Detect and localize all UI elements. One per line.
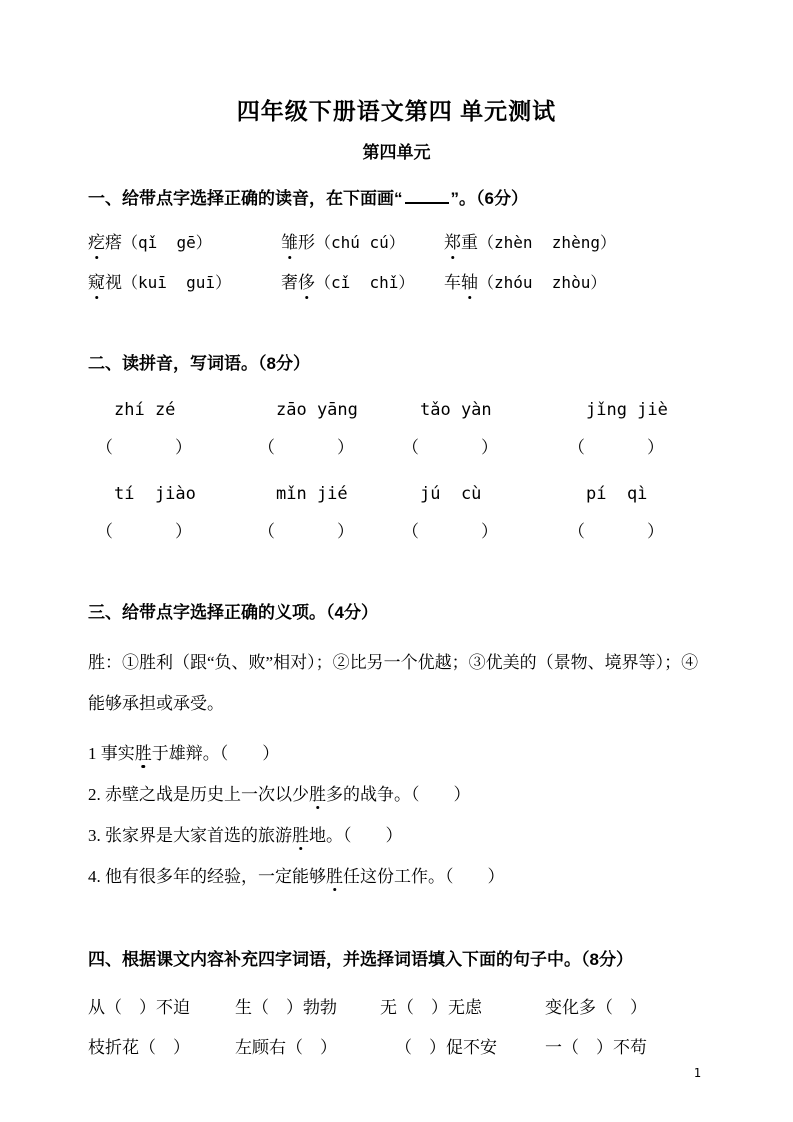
bracket-close: ） (337, 522, 354, 541)
answer-bracket: （） (258, 437, 402, 459)
phrase-blank-item: 无（ ）无虑 (380, 997, 545, 1019)
unit-subtitle: 第四单元 (88, 142, 705, 163)
answer-bracket: （） (258, 521, 402, 543)
phrase-blank-item: 枝折花（ ） (88, 1037, 235, 1059)
question-text: 2. 赤壁之战是历史上一次以少 (88, 785, 309, 804)
exam-title: 四年级下册语文第四 单元测试 (88, 96, 705, 126)
bracket-open: （ (568, 522, 585, 541)
pinyin-label: jú cù (402, 483, 568, 505)
bracket-open: （ (258, 438, 275, 457)
word-text: 车 (444, 273, 461, 292)
bracket-close: ） (481, 438, 498, 457)
section-2-row: tí jiào （） mǐn jié （） jú cù （） pí qì （） (88, 483, 705, 543)
pinyin-options: （zhèn zhèng） (478, 233, 616, 252)
section-1-heading: 一、给带点字选择正确的读音，在下面画“”。（6分） (88, 185, 705, 210)
dotted-character: 胜 (135, 743, 152, 765)
document-page: 四年级下册语文第四 单元测试 第四单元 一、给带点字选择正确的读音，在下面画“”… (0, 0, 793, 1122)
phrase-blank-item: （ ）促不安 (395, 1037, 545, 1059)
word-pinyin-item: 车轴（zhóu zhòu） (444, 270, 705, 296)
underline-blank (405, 185, 449, 204)
phrase-blank-item: 从（ ）不迫 (88, 997, 235, 1019)
bracket-open: （ (402, 522, 419, 541)
phrase-row: 从（ ）不迫 生（ ）勃勃 无（ ）无虑 变化多（ ） (88, 997, 705, 1019)
answer-bracket: （） (96, 521, 258, 543)
word-pinyin-item: 奢侈（cǐ chǐ） (281, 270, 444, 296)
bracket-open: （ (568, 438, 585, 457)
bracket-open: （ (96, 522, 113, 541)
bracket-close: ） (175, 438, 192, 457)
answer-bracket: （） (568, 437, 705, 459)
section-2-row: zhí zé （） zāo yāng （） tǎo yàn （） jǐng ji… (88, 399, 705, 459)
word-pinyin-item: 疙瘩（qǐ gē） (88, 230, 281, 256)
answer-bracket: （） (402, 521, 568, 543)
question-text: 1 事实 (88, 744, 135, 763)
dotted-character: 轴 (461, 270, 478, 296)
pinyin-options: （qǐ gē） (122, 233, 212, 252)
section-2-heading: 二、读拼音，写词语。（8分） (88, 352, 705, 375)
dotted-character: 胜 (326, 866, 343, 888)
pinyin-options: （chú cú） (315, 233, 405, 252)
phrase-row: 枝折花（ ） 左顾右（ ） （ ）促不安 一（ ）不苟 (88, 1037, 705, 1059)
question-text: 地。（ ） (309, 826, 403, 845)
question-text: 3. 张家界是大家首选的旅游 (88, 826, 292, 845)
section-1-heading-pre: 一、给带点字选择正确的读音，在下面画“ (88, 189, 403, 208)
question-item: 3. 张家界是大家首选的旅游胜地。（ ） (88, 825, 705, 847)
section-4: 四、根据课文内容补充四字词语，并选择词语填入下面的句子中。（8分） 从（ ）不迫… (88, 948, 705, 1059)
phrase-blank-item: 一（ ）不苟 (545, 1037, 705, 1059)
dotted-character: 雏 (281, 230, 298, 256)
question-text: 多的战争。（ ） (326, 785, 471, 804)
pinyin-label: zāo yāng (258, 399, 402, 421)
pinyin-label: mǐn jié (258, 483, 402, 505)
pinyin-label: pí qì (568, 483, 705, 505)
dotted-character: 胜 (309, 784, 326, 806)
pinyin-options: （cǐ chǐ） (315, 273, 414, 292)
pinyin-answer-group: tí jiào （） (96, 483, 258, 543)
word-pinyin-item: 郑重（zhèn zhèng） (444, 230, 705, 256)
answer-bracket: （） (568, 521, 705, 543)
section-3: 三、给带点字选择正确的义项。（4分） 胜：①胜利（跟“负、败”相对）；②比另一个… (88, 601, 705, 888)
section-1-word-row: 疙瘩（qǐ gē） 雏形（chú cú） 郑重（zhèn zhèng） (88, 230, 705, 256)
pinyin-options: （zhóu zhòu） (478, 273, 606, 292)
bracket-open: （ (258, 522, 275, 541)
section-1-heading-post: ”。（6分） (451, 189, 528, 208)
page-number: 1 (694, 1066, 701, 1080)
dotted-character: 郑 (444, 230, 461, 256)
dotted-character: 疙 (88, 230, 105, 256)
pinyin-answer-group: zhí zé （） (96, 399, 258, 459)
word-text: 视 (105, 273, 122, 292)
bracket-open: （ (402, 438, 419, 457)
section-3-heading: 三、给带点字选择正确的义项。（4分） (88, 601, 705, 624)
question-text: 4. 他有很多年的经验，一定能够 (88, 867, 326, 886)
pinyin-answer-group: jú cù （） (402, 483, 568, 543)
phrase-blank-item: 左顾右（ ） (235, 1037, 395, 1059)
phrase-blank-item: 生（ ）勃勃 (235, 997, 380, 1019)
definition-text: 胜：①胜利（跟“负、败”相对）；②比另一个优越；③优美的（景物、境界等）；④能够… (88, 642, 705, 724)
word-text: 奢 (281, 273, 298, 292)
phrase-blank-item: 变化多（ ） (545, 997, 705, 1019)
word-text: 形 (298, 233, 315, 252)
bracket-close: ） (647, 438, 664, 457)
section-1-word-row: 窥视（kuī guī） 奢侈（cǐ chǐ） 车轴（zhóu zhòu） (88, 270, 705, 296)
pinyin-answer-group: jǐng jiè （） (568, 399, 705, 459)
pinyin-answer-group: mǐn jié （） (258, 483, 402, 543)
question-item: 4. 他有很多年的经验，一定能够胜任这份工作。（ ） (88, 866, 705, 888)
pinyin-label: tí jiào (96, 483, 258, 505)
bracket-close: ） (175, 522, 192, 541)
word-text: 重 (461, 233, 478, 252)
pinyin-answer-group: zāo yāng （） (258, 399, 402, 459)
bracket-close: ） (481, 522, 498, 541)
answer-bracket: （） (96, 437, 258, 459)
word-pinyin-item: 窥视（kuī guī） (88, 270, 281, 296)
pinyin-options: （kuī guī） (122, 273, 231, 292)
question-text: 于雄辩。（ ） (152, 744, 280, 763)
dotted-character: 胜 (292, 825, 309, 847)
word-text: 瘩 (105, 233, 122, 252)
answer-bracket: （） (402, 437, 568, 459)
dotted-character: 窥 (88, 270, 105, 296)
question-item: 2. 赤壁之战是历史上一次以少胜多的战争。（ ） (88, 784, 705, 806)
section-2: 二、读拼音，写词语。（8分） zhí zé （） zāo yāng （） tǎo… (88, 352, 705, 543)
dotted-character: 侈 (298, 270, 315, 296)
section-4-heading: 四、根据课文内容补充四字词语，并选择词语填入下面的句子中。（8分） (88, 948, 705, 971)
question-item: 1 事实胜于雄辩。（ ） (88, 743, 705, 765)
bracket-open: （ (96, 438, 113, 457)
question-text: 任这份工作。（ ） (343, 867, 505, 886)
pinyin-label: jǐng jiè (568, 399, 705, 421)
bracket-close: ） (647, 522, 664, 541)
word-pinyin-item: 雏形（chú cú） (281, 230, 444, 256)
pinyin-answer-group: tǎo yàn （） (402, 399, 568, 459)
pinyin-label: zhí zé (96, 399, 258, 421)
pinyin-answer-group: pí qì （） (568, 483, 705, 543)
pinyin-label: tǎo yàn (402, 399, 568, 421)
bracket-close: ） (337, 438, 354, 457)
